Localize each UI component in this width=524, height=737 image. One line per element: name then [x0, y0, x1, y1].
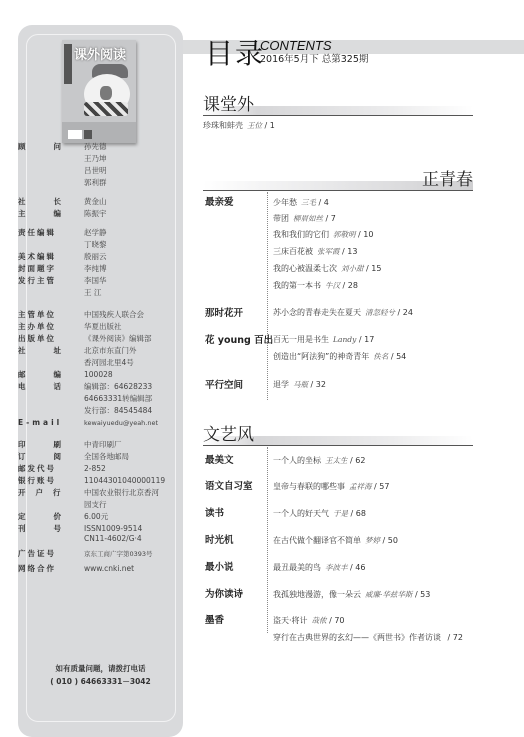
masthead-value: 中国残疾人联合会 [84, 309, 144, 321]
masthead-label: 主编 [18, 208, 66, 220]
masthead-label: 定价 [18, 511, 66, 523]
article-author: 刘小甜 [341, 264, 364, 273]
article-title: 少年愁 [273, 198, 297, 207]
page-number: / 13 [342, 247, 357, 256]
cover-bear-nose [100, 86, 112, 100]
column-divider [267, 192, 268, 400]
masthead-row-printer: 印刷 中青印刷厂 [18, 439, 168, 451]
masthead-row-ad-license: 广告证号 京东工商广字第0393号 [18, 548, 168, 560]
page-number: / 4 [319, 198, 329, 207]
toc-entry[interactable]: 三床百花被张军霞 / 13 [273, 246, 357, 258]
masthead-row-advisors: 顾问 孙先德 王乃坤 吕世明 郭利群 [18, 141, 168, 189]
cover-title: 课外阅读 [74, 44, 126, 63]
masthead-value: 王乃坤 [84, 153, 107, 165]
masthead-label: 网络合作 [18, 563, 66, 575]
article-author: 马瓶 [293, 380, 308, 389]
article-title: 我的第一本书 [273, 281, 321, 290]
cover-spine [64, 44, 72, 84]
masthead-value: 香河园北里4号 [84, 357, 137, 369]
toc-entry[interactable]: 一个人的坐标王太生 / 62 [273, 455, 365, 467]
section-title: 课堂外 [203, 95, 254, 115]
masthead-value: 中青印刷厂 [84, 439, 122, 451]
article-author: 王位 [247, 121, 262, 130]
page-number: / 70 [329, 616, 344, 625]
section-header-wenyifeng: 文艺风 [203, 426, 473, 446]
article-title: 珍珠和蚌壳 [203, 121, 243, 130]
article-author: 佚名 [373, 352, 388, 361]
masthead-label: 社长 [18, 196, 66, 208]
article-author: 三毛 [301, 198, 316, 207]
article-title: 在古代做个翻译官不简单 [273, 536, 361, 545]
article-title: 盗天·将计 [273, 616, 308, 625]
masthead-label: 主管单位 [18, 309, 66, 321]
article-title: 一个人的好天气 [273, 509, 329, 518]
masthead-value: 郭利群 [84, 177, 107, 189]
masthead-value: 全国各地邮局 [84, 451, 129, 463]
masthead-value: 京东工商广字第0393号 [84, 548, 153, 560]
masthead-label: 广告证号 [18, 548, 66, 560]
masthead-value: 园支行 [84, 499, 159, 511]
masthead-label: 刊号 [18, 523, 66, 544]
article-author: 威廉·华兹华斯 [365, 590, 412, 599]
masthead-value: 11044301040000119 [84, 475, 165, 487]
category-label: 语文自习室 [205, 481, 253, 493]
toc-entry[interactable]: 最丑最美的鸟李波丰 / 46 [273, 562, 365, 574]
category-label: 花 young 百出 [205, 335, 273, 347]
masthead-label: 银行账号 [18, 475, 66, 487]
article-author: 牛汉 [325, 281, 340, 290]
masthead-label: 封面题字 [18, 263, 66, 275]
category-label: 最小说 [205, 562, 234, 574]
masthead-value: 陈振宇 [84, 208, 107, 220]
article-author: 于是 [333, 509, 348, 518]
masthead-value: 吕世明 [84, 165, 107, 177]
cover-scarf-illustration [84, 102, 128, 116]
masthead-label: 社址 [18, 345, 66, 369]
masthead-row-price: 定价 6.00元 [18, 511, 168, 523]
hotline-text: 如有质量问题，请拨打电话 [18, 662, 183, 675]
article-title: 我孤独地漫游，像一朵云 [273, 590, 361, 599]
masthead-value: 丁晓黎 [84, 239, 107, 251]
masthead-value: 编辑部：64628233 [84, 381, 152, 393]
masthead-row-postcode: 邮编 100028 [18, 369, 168, 381]
masthead-row-editors: 责任编辑 赵学静 丁晓黎 [18, 227, 168, 251]
masthead-row-online-partner: 网络合作 www.cnki.net [18, 563, 168, 575]
toc-entry[interactable]: 退学马瓶 / 32 [273, 379, 326, 391]
masthead-value: 100028 [84, 369, 113, 381]
masthead-label: 订阅 [18, 451, 66, 463]
masthead-label: 主办单位 [18, 321, 66, 333]
masthead-row-president: 社长 黄金山 [18, 196, 168, 208]
barcode-icon [68, 130, 82, 139]
toc-entry[interactable]: 我孤独地漫游，像一朵云威廉·华兹华斯 / 53 [273, 589, 430, 601]
masthead-row-cover-calligraphy: 封面题字 李纯博 [18, 263, 168, 275]
masthead-label: 邮编 [18, 369, 66, 381]
masthead-row-distribution-manager: 发行主管 李国华 王 江 [18, 275, 168, 299]
toc-entry[interactable]: 我的心被温柔七次刘小甜 / 15 [273, 263, 381, 275]
section-header-zhengqingchun: 正青春 [203, 171, 473, 191]
article-title: 三床百花被 [273, 247, 313, 256]
page-number: / 15 [366, 264, 381, 273]
masthead-value: ISSN1009-9514 [84, 524, 142, 534]
article-title: 苏小念的青春走失在夏天 [273, 308, 361, 317]
toc-entry[interactable]: 一个人的好天气于是 / 68 [273, 508, 366, 520]
page-number: / 17 [359, 335, 374, 344]
masthead-label: 印刷 [18, 439, 66, 451]
column-divider [267, 447, 268, 633]
article-author: Landy [333, 335, 356, 344]
category-label: 读书 [205, 508, 224, 520]
toc-entry[interactable]: 创造出“阿法狗”的神奇青年佚名 / 54 [273, 351, 406, 363]
toc-entry[interactable]: 皇帝与春联的哪些事孟祥海 / 57 [273, 481, 389, 493]
page-number: / 53 [415, 590, 430, 599]
article-title: 穿行在古典世界的玄幻——《两世书》作者访谈 [273, 633, 441, 642]
masthead-row-subscription: 订阅 全国各地邮局 [18, 451, 168, 463]
masthead-value: 2-852 [84, 463, 106, 475]
page-number: / 62 [350, 456, 365, 465]
masthead-value: 6.00元 [84, 511, 108, 523]
category-label: 平行空间 [205, 380, 243, 392]
masthead-label: 出版单位 [18, 333, 66, 345]
category-label: 最美文 [205, 455, 234, 467]
masthead-label: 邮发代号 [18, 463, 66, 475]
masthead-value: 王 江 [84, 287, 107, 299]
masthead-value: 赵学静 [84, 227, 107, 239]
masthead-value: 李纯博 [84, 263, 107, 275]
article-author: 梦婷 [365, 536, 380, 545]
article-title: 最丑最美的鸟 [273, 563, 321, 572]
masthead-value: 殷丽云 [84, 251, 107, 263]
page-number: / 28 [343, 281, 358, 290]
masthead-label: 美术编辑 [18, 251, 66, 263]
article-title: 一个人的坐标 [273, 456, 321, 465]
quality-hotline: 如有质量问题，请拨打电话 ( 010 ) 64663331－3042 [18, 662, 183, 688]
masthead-row-publisher: 出版单位 《课外阅读》编辑部 [18, 333, 168, 345]
category-label: 那时花开 [205, 308, 243, 320]
article-author: 张军霞 [317, 247, 340, 256]
masthead-value: 中国农业银行北京香河 [84, 487, 159, 499]
page-number: / 57 [374, 482, 389, 491]
toc-entry[interactable]: 珍珠和蚌壳王位 / 1 [203, 120, 275, 132]
masthead-value: CN11-4602/G·4 [84, 534, 142, 544]
section-title: 文艺风 [203, 425, 254, 445]
page-number: / 72 [448, 633, 463, 642]
article-title: 我的心被温柔七次 [273, 264, 337, 273]
article-title: 我和我们的它们 [273, 230, 329, 239]
masthead-row-sponsor: 主办单位 华夏出版社 [18, 321, 168, 333]
article-author: 柳眉如丝 [293, 214, 323, 223]
article-author: 孟祥海 [349, 482, 372, 491]
article-title: 带团 [273, 214, 289, 223]
masthead-row-art-editor: 美术编辑 殷丽云 [18, 251, 168, 263]
article-title: 皇帝与春联的哪些事 [273, 482, 345, 491]
issue-info: 2016年5月下 总第325期 [260, 54, 368, 66]
article-title: 百无一用是书生 [273, 335, 329, 344]
category-label: 墨香 [205, 615, 224, 627]
email-link[interactable]: kewaiyuedu@yeah.net [84, 417, 158, 429]
toc-entry[interactable]: 我和我们的它们郭敬明 / 10 [273, 229, 373, 241]
page-number: / 46 [350, 563, 365, 572]
hotline-number: ( 010 ) 64663331－3042 [18, 675, 183, 688]
masthead-value: 64663331转编辑部 [84, 393, 152, 405]
toc-entry[interactable]: 盗天·将计哉侬 / 70 [273, 615, 345, 627]
masthead-value: 黄金山 [84, 196, 107, 208]
category-label: 最亲爱 [205, 197, 234, 209]
masthead-label: 发行主管 [18, 275, 66, 299]
article-author: 清忽轻兮 [365, 308, 395, 317]
masthead-row-bank: 开户行 中国农业银行北京香河 园支行 [18, 487, 168, 511]
masthead-label: 责任编辑 [18, 227, 66, 251]
masthead-value: 华夏出版社 [84, 321, 122, 333]
toc-entry[interactable]: 百无一用是书生Landy / 17 [273, 334, 374, 346]
qr-code-icon [84, 130, 92, 139]
toc-entry[interactable]: 在古代做个翻译官不简单梦婷 / 50 [273, 535, 398, 547]
masthead-row-bank-account: 银行账号 11044301040000119 [18, 475, 168, 487]
magazine-cover-image: 课外阅读 [62, 40, 136, 143]
page-number: / 10 [358, 230, 373, 239]
page-number: / 7 [326, 214, 336, 223]
masthead-label: E-mail [18, 417, 66, 429]
masthead-info: 顾问 孙先德 王乃坤 吕世明 郭利群 社长 黄金山 主编 陈振宇 责任编辑 赵学… [18, 141, 168, 575]
masthead-row-supervisor: 主管单位 中国残疾人联合会 [18, 309, 168, 321]
article-author: 哉侬 [312, 616, 327, 625]
masthead-row-chief-editor: 主编 陈振宇 [18, 208, 168, 220]
toc-entry[interactable]: 少年愁三毛 / 4 [273, 197, 329, 209]
page-title-en: CONTENTS [260, 39, 332, 53]
toc-entry[interactable]: 带团柳眉如丝 / 7 [273, 213, 336, 225]
cnki-link[interactable]: www.cnki.net [84, 563, 134, 575]
article-title: 退学 [273, 380, 289, 389]
masthead-row-postal-code: 邮发代号 2-852 [18, 463, 168, 475]
category-label: 为你读诗 [205, 589, 243, 601]
toc-entry[interactable]: 苏小念的青春走失在夏天清忽轻兮 / 24 [273, 307, 413, 319]
page-number: / 32 [311, 380, 326, 389]
masthead-label: 电话 [18, 381, 66, 417]
masthead-label: 开户行 [18, 487, 66, 511]
category-label: 时光机 [205, 535, 234, 547]
toc-entry[interactable]: 穿行在古典世界的玄幻——《两世书》作者访谈 / 72 [273, 632, 463, 644]
article-author: 王太生 [325, 456, 348, 465]
page-number: / 68 [351, 509, 366, 518]
article-author: 李波丰 [325, 563, 348, 572]
page-number: / 1 [265, 121, 275, 130]
page-number: / 24 [398, 308, 413, 317]
page-number: / 50 [383, 536, 398, 545]
masthead-value: 李国华 [84, 275, 107, 287]
section-header-ketangwai: 课堂外 [203, 96, 473, 116]
masthead-value: 发行部：84545484 [84, 405, 152, 417]
masthead-value: 孙先德 [84, 141, 107, 153]
masthead-row-phone: 电话 编辑部：64628233 64663331转编辑部 发行部：8454548… [18, 381, 168, 417]
masthead-row-email: E-mail kewaiyuedu@yeah.net [18, 417, 168, 429]
masthead-value: 北京市东直门外 [84, 345, 137, 357]
article-author: 郭敬明 [333, 230, 356, 239]
masthead-row-issn: 刊号 ISSN1009-9514 CN11-4602/G·4 [18, 523, 168, 544]
article-title: 创造出“阿法狗”的神奇青年 [273, 352, 369, 361]
page-title: 目录 [205, 38, 265, 70]
section-title: 正青春 [422, 170, 473, 190]
masthead-row-address: 社址 北京市东直门外 香河园北里4号 [18, 345, 168, 369]
masthead-label: 顾问 [18, 141, 66, 189]
toc-entry[interactable]: 我的第一本书牛汉 / 28 [273, 280, 358, 292]
page-number: / 54 [391, 352, 406, 361]
masthead-value: 《课外阅读》编辑部 [84, 333, 152, 345]
